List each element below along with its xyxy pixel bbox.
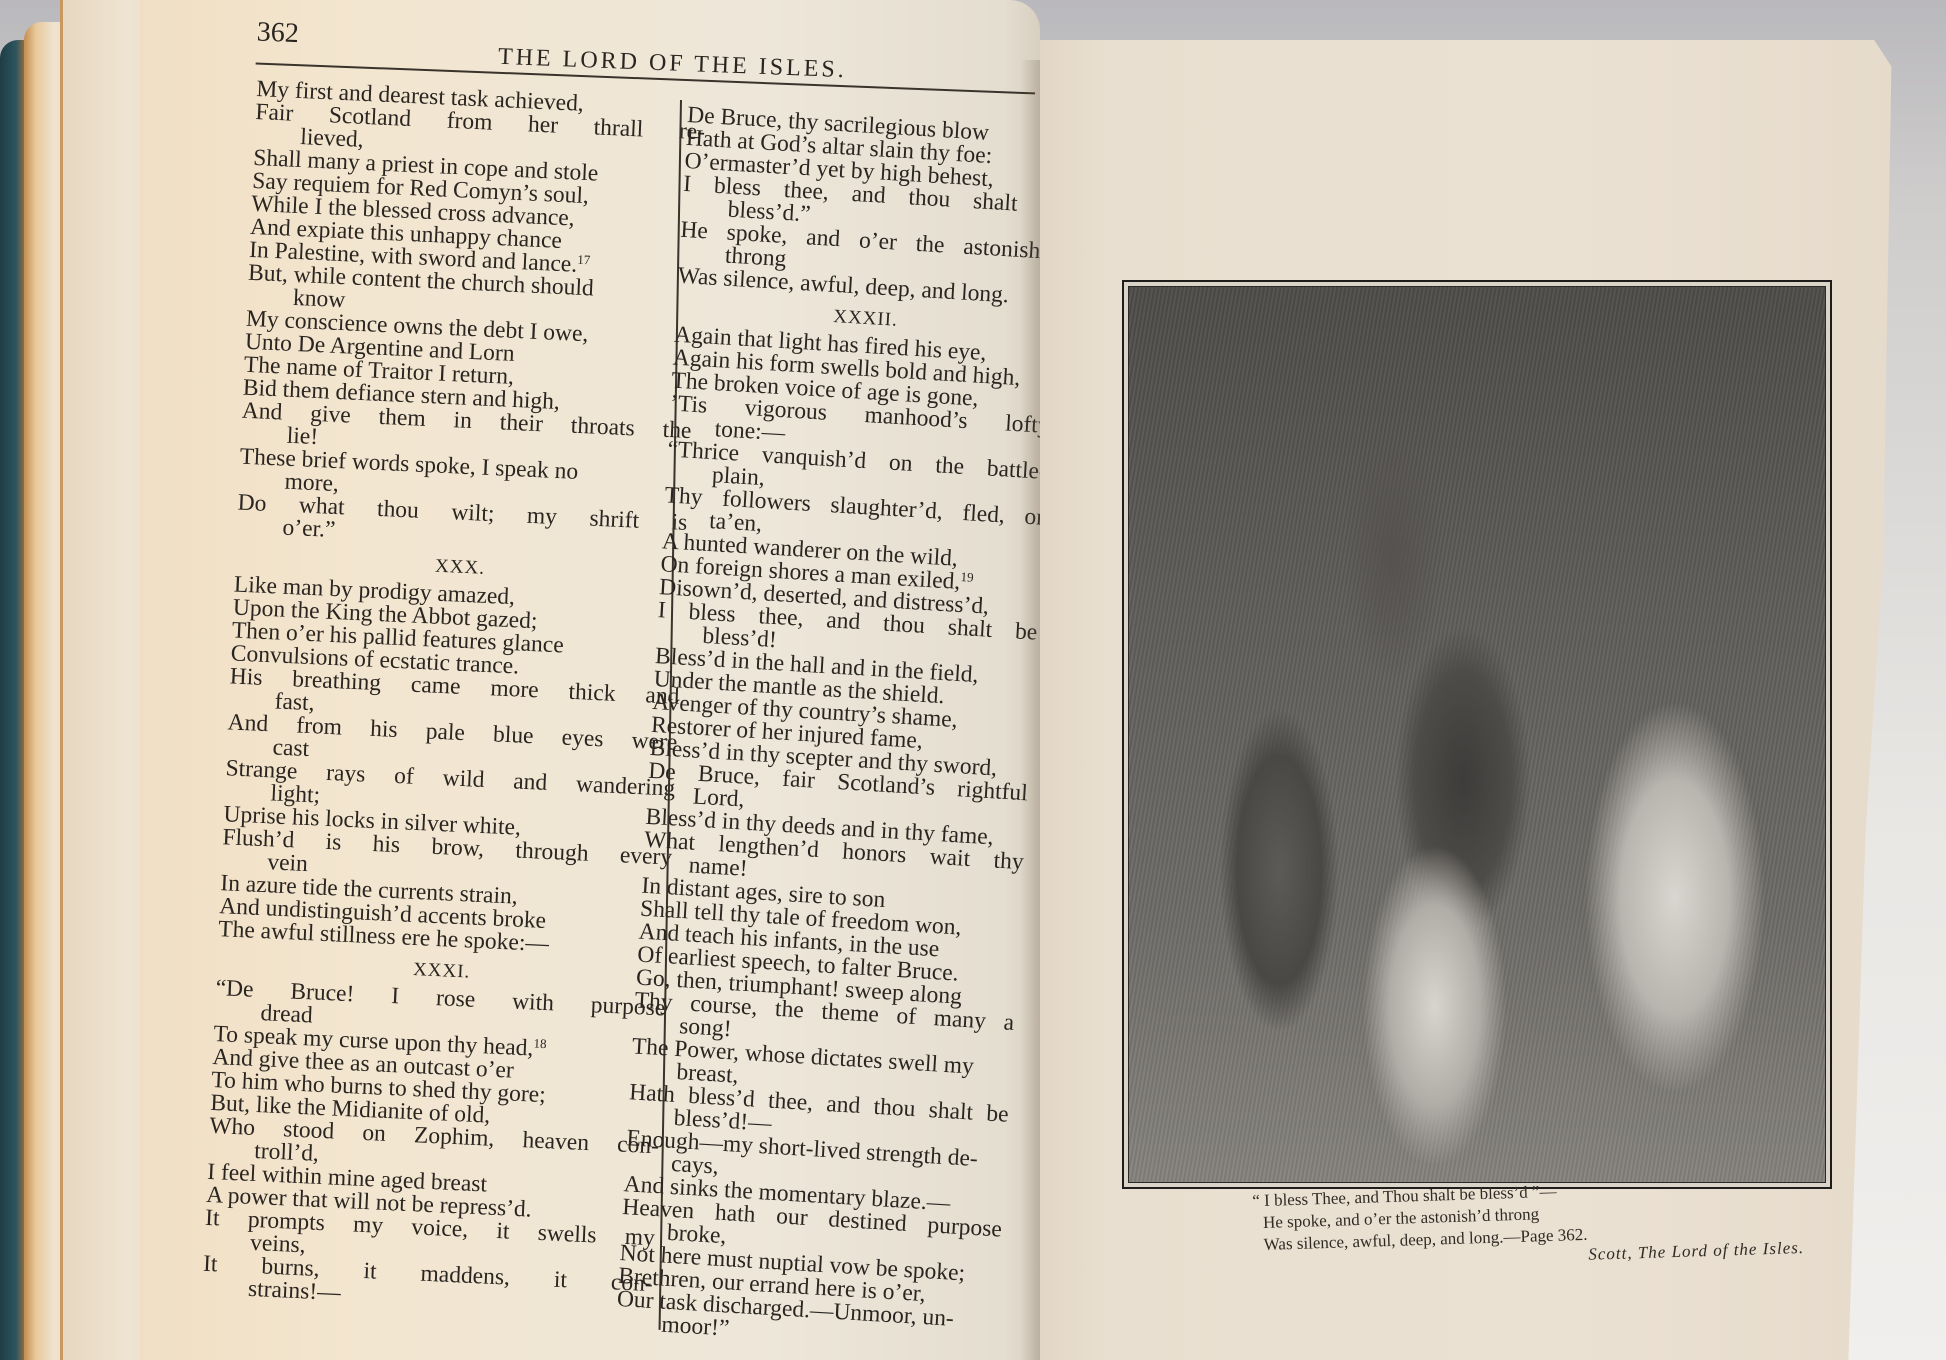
verse-text: moor!” xyxy=(661,1312,730,1342)
engraving-illustration: Engraved illustration: an old bearded ab… xyxy=(1122,280,1832,1189)
illustration-description: Engraved illustration: an old bearded ab… xyxy=(1124,1186,1125,1187)
verse-text: strains!— xyxy=(247,1276,341,1306)
footnote-marker: 17 xyxy=(577,252,591,268)
plate-caption: “ I bless Thee, and Thou shalt be bless’… xyxy=(1262,1173,1804,1276)
verse-text: o’er.” xyxy=(282,515,336,543)
footnote-marker: 19 xyxy=(960,569,974,585)
footnote-marker: 18 xyxy=(533,1036,547,1052)
left-text-page: 362 THE LORD OF THE ISLES. My first and … xyxy=(140,0,1040,1360)
right-text-column: De Bruce, thy sacrilegious blowHath at G… xyxy=(615,104,1067,1356)
page-number: 362 xyxy=(256,17,299,51)
